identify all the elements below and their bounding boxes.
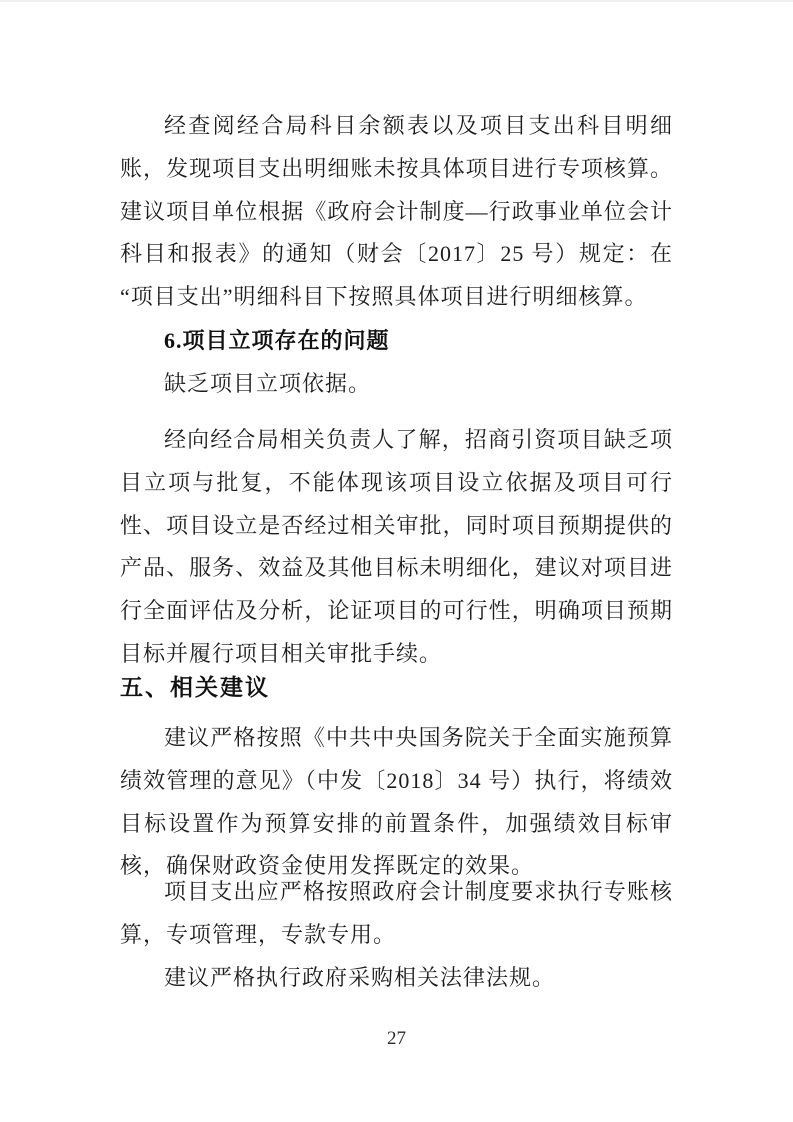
paragraph-procurement-law-recommendation: 建议严格执行政府采购相关法律法规。 (120, 957, 673, 1000)
paragraph-investment-project-findings: 经向经合局相关负责人了解，招商引资项目缺乏项目立项与批复，不能体现该项目设立依据… (120, 419, 673, 676)
page-number: 27 (0, 1028, 793, 1050)
paragraph-project-expense-accounting: 经查阅经合局科目余额表以及项目支出科目明细账，发现项目支出明细账未按具体项目进行… (120, 105, 673, 319)
paragraph-special-account-recommendation: 项目支出应严格按照政府会计制度要求执行专账核算，专项管理，专款专用。 (120, 871, 673, 957)
heading-project-approval-issues: 6.项目立项存在的问题 (120, 320, 673, 363)
paragraph-lack-of-approval-basis: 缺乏项目立项依据。 (120, 363, 673, 406)
document-page: 经查阅经合局科目余额表以及项目支出科目明细账，发现项目支出明细账未按具体项目进行… (0, 0, 793, 1122)
paragraph-budget-performance-recommendation: 建议严格按照《中共中央国务院关于全面实施预算绩效管理的意见》（中发〔2018〕3… (120, 717, 673, 888)
page-content: 经查阅经合局科目余额表以及项目支出科目明细账，发现项目支出明细账未按具体项目进行… (120, 0, 673, 1122)
heading-related-recommendations: 五、相关建议 (120, 666, 673, 709)
